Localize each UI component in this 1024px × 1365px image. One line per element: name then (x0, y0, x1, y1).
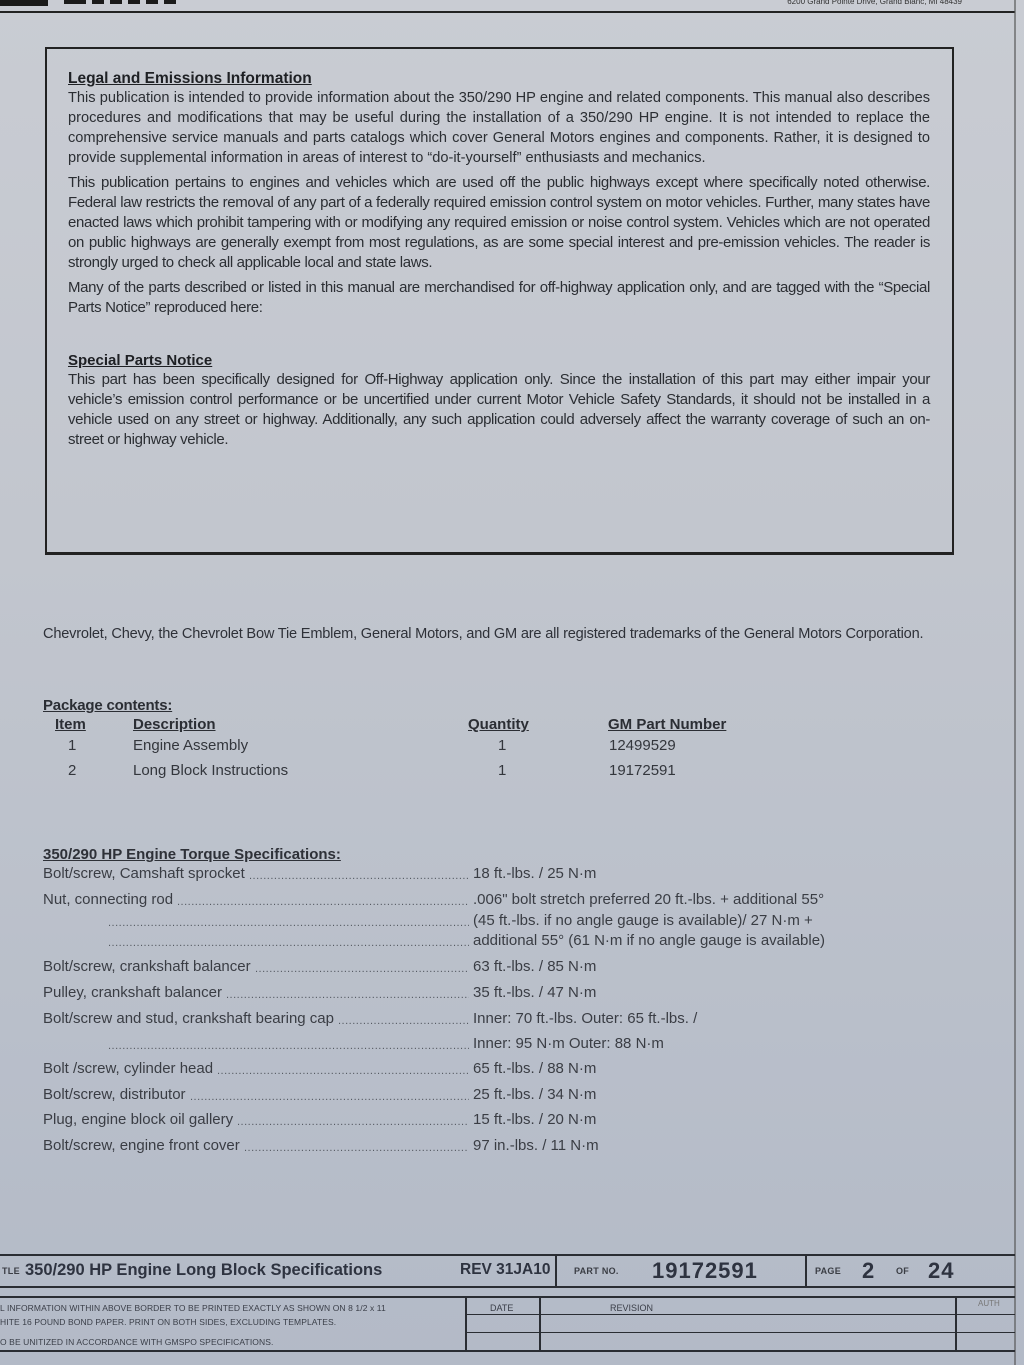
dot-leader: ........................................… (244, 1137, 469, 1159)
torque-spec-value: 35 ft.-lbs. / 47 N·m (473, 984, 596, 1001)
torque-spec-value: additional 55° (61 N·m if no angle gauge… (473, 932, 825, 949)
torque-spec-row: Bolt/screw, distributor.................… (43, 1086, 943, 1106)
torque-spec-row: Pulley, crankshaft balancer.............… (43, 984, 943, 1004)
torque-spec-row: Bolt/screw, engine front cover..........… (43, 1137, 943, 1157)
torque-spec-value: (45 ft.-lbs. if no angle gauge is availa… (473, 912, 813, 929)
dot-leader: ........................................… (237, 1111, 469, 1133)
torque-spec-value: 15 ft.-lbs. / 20 N·m (473, 1111, 596, 1128)
package-description: Long Block Instructions (133, 762, 288, 779)
package-description: Engine Assembly (133, 737, 248, 754)
page-label: PAGE (815, 1266, 841, 1296)
column-header-item: Item (55, 716, 86, 733)
date-header: DATE (490, 1303, 513, 1313)
torque-spec-value: Inner: 95 N·m Outer: 88 N·m (473, 1035, 664, 1052)
torque-spec-value: 18 ft.-lbs. / 25 N·m (473, 865, 596, 882)
dot-leader: ........................................… (108, 912, 469, 934)
torque-spec-row: ........................................… (43, 912, 943, 932)
print-note-line-3: O BE UNITIZED IN ACCORDANCE WITH GMSPO S… (0, 1337, 274, 1347)
package-part-number: 19172591 (609, 762, 676, 779)
torque-spec-label: Pulley, crankshaft balancer (43, 984, 222, 1001)
torque-spec-row: ........................................… (43, 932, 943, 952)
torque-spec-label: Plug, engine block oil gallery (43, 1111, 233, 1128)
print-note-line-1: L INFORMATION WITHIN ABOVE BORDER TO BE … (0, 1303, 386, 1313)
special-notice-text: This part has been specifically designed… (68, 370, 930, 450)
torque-spec-row: Nut, connecting rod.....................… (43, 891, 943, 911)
package-item: 1 (68, 737, 76, 754)
torque-spec-value: 25 ft.-lbs. / 34 N·m (473, 1086, 596, 1103)
torque-spec-row: Bolt/screw, Camshaft sprocket...........… (43, 865, 943, 885)
torque-spec-label: Bolt/screw, Camshaft sprocket (43, 865, 245, 882)
column-header-description: Description (133, 716, 216, 733)
total-pages: 24 (928, 1258, 954, 1288)
torque-spec-value: 63 ft.-lbs. / 85 N·m (473, 958, 596, 975)
header-rule (0, 11, 1015, 13)
legal-paragraph-2: This publication pertains to engines and… (68, 173, 930, 273)
dot-leader: ........................................… (249, 865, 469, 887)
torque-spec-label: Bolt/screw and stud, crankshaft bearing … (43, 1010, 334, 1027)
print-note-line-2: HITE 16 POUND BOND PAPER. PRINT ON BOTH … (0, 1317, 336, 1327)
torque-spec-label: Bolt/screw, engine front cover (43, 1137, 240, 1154)
part-number: 19172591 (652, 1258, 758, 1288)
torque-spec-label: Bolt/screw, distributor (43, 1086, 186, 1103)
auth-header: AUTH (978, 1299, 1000, 1308)
revision-header: REVISION (610, 1303, 653, 1313)
dot-leader: ........................................… (338, 1010, 469, 1032)
torque-spec-value: 65 ft.-lbs. / 88 N·m (473, 1060, 596, 1077)
dot-leader: ........................................… (108, 932, 469, 954)
dot-leader: ........................................… (108, 1035, 469, 1057)
of-label: OF (896, 1266, 909, 1296)
torque-spec-label: Bolt/screw, crankshaft balancer (43, 958, 251, 975)
column-header-quantity: Quantity (468, 716, 529, 733)
package-quantity: 1 (498, 762, 506, 779)
torque-spec-value: 97 in.-lbs. / 11 N·m (473, 1137, 599, 1154)
dot-leader: ........................................… (226, 984, 469, 1006)
header-address: 6200 Grand Pointe Drive, Grand Blanc, MI… (787, 0, 962, 6)
dot-leader: ........................................… (177, 891, 469, 913)
dot-leader: ........................................… (190, 1086, 469, 1108)
legal-paragraph-3: Many of the parts described or listed in… (68, 278, 930, 318)
document-title: 350/290 HP Engine Long Block Specificati… (25, 1261, 382, 1291)
part-no-label: PART NO. (574, 1266, 619, 1296)
header-logo-mark (0, 0, 186, 6)
torque-spec-row: Plug, engine block oil gallery..........… (43, 1111, 943, 1131)
torque-spec-value: Inner: 70 ft.-lbs. Outer: 65 ft.-lbs. / (473, 1010, 697, 1027)
torque-spec-label: Nut, connecting rod (43, 891, 173, 908)
package-part-number: 12499529 (609, 737, 676, 754)
legal-notice-box: Legal and Emissions Information This pub… (45, 47, 954, 555)
revision-block: L INFORMATION WITHIN ABOVE BORDER TO BE … (0, 1296, 1015, 1352)
torque-spec-row: Bolt /screw, cylinder head..............… (43, 1060, 943, 1080)
title-block: TLE 350/290 HP Engine Long Block Specifi… (0, 1254, 1015, 1288)
dot-leader: ........................................… (217, 1060, 469, 1082)
torque-spec-label: Bolt /screw, cylinder head (43, 1060, 213, 1077)
legal-paragraph-1: This publication is intended to provide … (68, 88, 930, 168)
torque-spec-row: Bolt/screw, crankshaft balancer.........… (43, 958, 943, 978)
trademark-notice: Chevrolet, Chevy, the Chevrolet Bow Tie … (43, 624, 963, 645)
package-heading: Package contents: (43, 697, 172, 714)
package-item: 2 (68, 762, 76, 779)
torque-heading: 350/290 HP Engine Torque Specifications: (43, 846, 341, 863)
title-label: TLE (2, 1266, 20, 1296)
legal-heading: Legal and Emissions Information (68, 69, 930, 88)
torque-spec-row: ........................................… (43, 1035, 943, 1055)
torque-spec-row: Bolt/screw and stud, crankshaft bearing … (43, 1010, 943, 1030)
dot-leader: ........................................… (255, 958, 469, 980)
column-header-part-number: GM Part Number (608, 716, 726, 733)
special-notice-heading: Special Parts Notice (68, 351, 930, 370)
torque-spec-value: .006" bolt stretch preferred 20 ft.-lbs.… (473, 891, 824, 908)
page-edge-rule (1014, 0, 1016, 1365)
revision-code: REV 31JA10 (460, 1261, 550, 1291)
package-quantity: 1 (498, 737, 506, 754)
page-number: 2 (862, 1258, 875, 1288)
